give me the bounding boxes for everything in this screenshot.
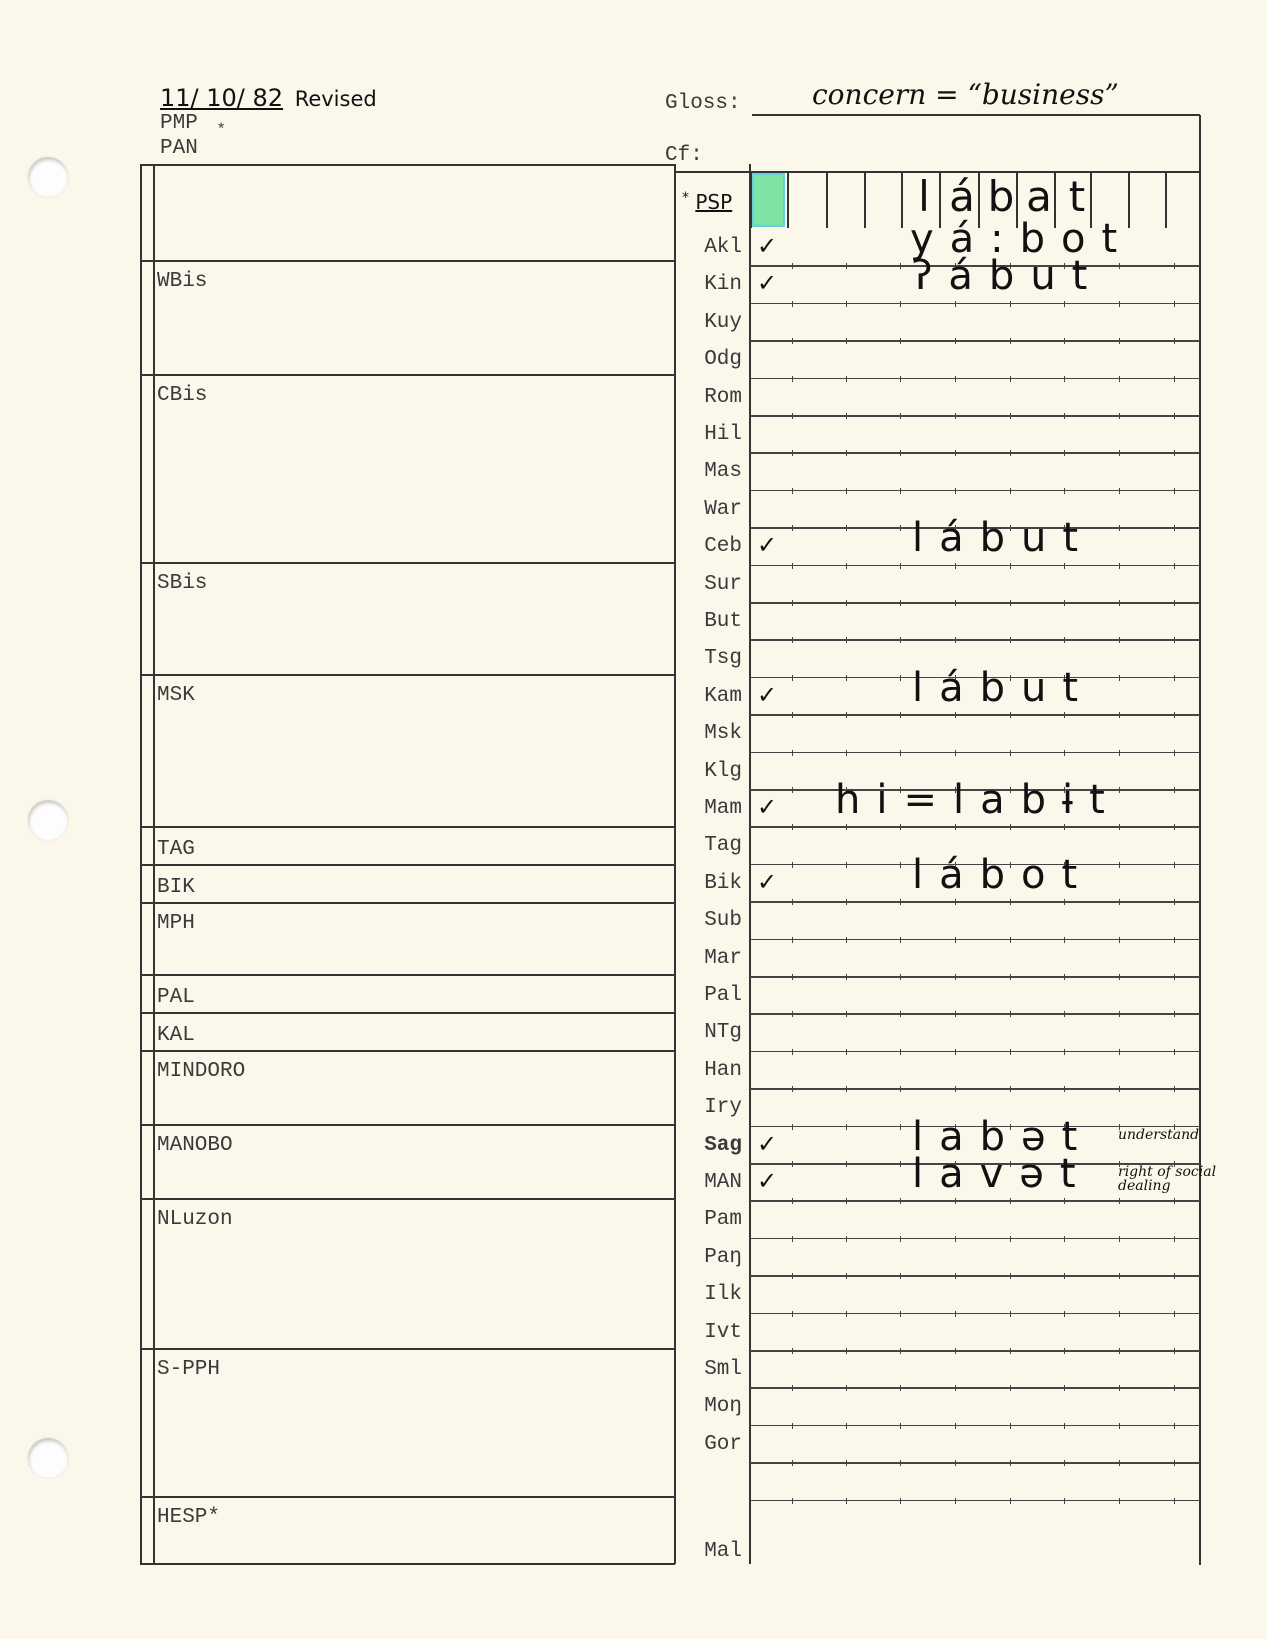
reflex-form[interactable]: lábut: [912, 515, 1094, 561]
language-code: Sub: [676, 909, 742, 932]
group-separator: [140, 826, 675, 828]
row-tick: [1064, 488, 1065, 494]
entry-row-line: [750, 976, 1200, 978]
language-code: Pal: [676, 984, 742, 1007]
group-separator: [140, 562, 675, 564]
row-tick: [955, 1236, 956, 1242]
row-tick: [1119, 1236, 1120, 1242]
row-tick: [955, 1049, 956, 1055]
check-mark-icon: ✓: [757, 269, 777, 297]
psp-form-letter: a: [1024, 172, 1054, 221]
row-tick: [792, 787, 793, 793]
row-tick: [900, 1049, 901, 1055]
group-separator: [140, 674, 675, 676]
row-tick: [900, 525, 901, 531]
row-tick: [792, 525, 793, 531]
row-tick: [792, 488, 793, 494]
entry-row-line: [750, 826, 1200, 828]
row-tick: [792, 899, 793, 905]
row-tick: [1174, 1423, 1175, 1429]
psp-form-letter: á: [947, 172, 977, 221]
row-tick: [1119, 862, 1120, 868]
row-tick: [900, 1423, 901, 1429]
row-tick: [1064, 1460, 1065, 1466]
gloss-note: right of social dealing: [1118, 1165, 1228, 1193]
row-tick: [1119, 525, 1120, 531]
row-tick: [1119, 974, 1120, 980]
psp-cell-divider: [864, 171, 866, 228]
group-label: MINDORO: [157, 1060, 245, 1083]
row-tick: [1010, 600, 1011, 606]
row-tick: [1010, 563, 1011, 569]
check-mark-icon: ✓: [757, 1167, 777, 1195]
row-tick: [1064, 600, 1065, 606]
row-tick: [846, 824, 847, 830]
language-code: Sml: [676, 1358, 742, 1381]
language-code: Mam: [676, 797, 742, 820]
group-separator: [140, 974, 675, 976]
row-tick: [1064, 1011, 1065, 1017]
row-tick: [900, 1198, 901, 1204]
row-tick: [900, 413, 901, 419]
row-tick: [1064, 1311, 1065, 1317]
row-tick: [955, 488, 956, 494]
row-tick: [900, 1385, 901, 1391]
row-tick: [1010, 1273, 1011, 1279]
entry-row-line: [750, 1387, 1200, 1389]
group-separator: [140, 1198, 675, 1200]
row-tick: [792, 338, 793, 344]
language-code: Ilk: [676, 1283, 742, 1306]
row-tick: [792, 1124, 793, 1130]
row-tick: [792, 1273, 793, 1279]
row-tick: [792, 824, 793, 830]
row-tick: [1064, 1423, 1065, 1429]
row-tick: [1010, 1385, 1011, 1391]
row-tick: [1174, 413, 1175, 419]
language-code: Iry: [676, 1096, 742, 1119]
entry-row-line: [750, 1238, 1200, 1240]
row-tick: [1119, 1086, 1120, 1092]
row-tick: [900, 488, 901, 494]
row-tick: [1010, 899, 1011, 905]
row-tick: [1119, 1198, 1120, 1204]
gloss-label: Gloss:: [665, 92, 741, 115]
group-separator: [140, 374, 675, 376]
row-tick: [846, 525, 847, 531]
row-tick: [846, 1049, 847, 1055]
row-tick: [1174, 862, 1175, 868]
row-tick: [1174, 1385, 1175, 1391]
row-tick: [1174, 301, 1175, 307]
row-tick: [792, 937, 793, 943]
row-tick: [1174, 450, 1175, 456]
row-tick: [792, 563, 793, 569]
psp-form-letter: l: [909, 172, 939, 221]
language-code: Rom: [676, 386, 742, 409]
language-code: Ivt: [676, 1321, 742, 1344]
row-tick: [1174, 563, 1175, 569]
row-tick: [900, 862, 901, 868]
group-separator: [140, 864, 675, 866]
row-tick: [846, 1161, 847, 1167]
group-label: PAL: [157, 986, 195, 1009]
binder-hole-bottom: [28, 1438, 68, 1478]
row-tick: [846, 600, 847, 606]
row-tick: [846, 1311, 847, 1317]
row-tick: [900, 1011, 901, 1017]
row-tick: [1174, 1086, 1175, 1092]
gloss-note: understand: [1118, 1128, 1228, 1142]
row-tick: [792, 376, 793, 382]
language-code: MAN: [676, 1171, 742, 1194]
gloss-underline: [752, 114, 1200, 116]
row-tick: [955, 450, 956, 456]
row-tick: [1010, 1086, 1011, 1092]
psp-cell-divider: [1199, 171, 1201, 228]
row-tick: [900, 899, 901, 905]
row-tick: [846, 1086, 847, 1092]
entry-row-line: [750, 452, 1200, 454]
row-tick: [1119, 450, 1120, 456]
row-tick: [1064, 1273, 1065, 1279]
row-tick: [1064, 563, 1065, 569]
psp-form-letter: t: [1062, 172, 1092, 221]
row-tick: [900, 750, 901, 756]
date-field: 11/ 10/ 82 Revised: [160, 84, 377, 112]
group-label: MSK: [157, 684, 195, 707]
language-code: Pam: [676, 1208, 742, 1231]
binder-hole-middle: [28, 800, 68, 840]
row-tick: [900, 1273, 901, 1279]
row-tick: [1064, 1348, 1065, 1354]
row-tick: [792, 675, 793, 681]
row-tick: [1174, 899, 1175, 905]
language-code: Sur: [676, 573, 742, 596]
row-tick: [846, 376, 847, 382]
language-code: War: [676, 498, 742, 521]
row-tick: [792, 1460, 793, 1466]
row-tick: [1119, 937, 1120, 943]
row-tick: [792, 974, 793, 980]
row-tick: [900, 301, 901, 307]
row-tick: [1174, 712, 1175, 718]
language-code: Gor: [676, 1433, 742, 1456]
row-tick: [1174, 488, 1175, 494]
revised-note: Revised: [295, 87, 377, 111]
group-label: TAG: [157, 838, 195, 861]
language-code: Bik: [676, 872, 742, 895]
row-tick: [846, 263, 847, 269]
row-tick: [846, 675, 847, 681]
row-tick: [955, 1011, 956, 1017]
row-tick: [792, 1161, 793, 1167]
language-code: Kam: [676, 685, 742, 708]
row-tick: [1010, 824, 1011, 830]
check-mark-icon: ✓: [757, 1130, 777, 1158]
row-tick: [900, 1311, 901, 1317]
row-tick: [900, 263, 901, 269]
row-tick: [900, 712, 901, 718]
row-tick: [1064, 712, 1065, 718]
entry-row-line: [750, 1500, 1200, 1502]
row-tick: [1010, 637, 1011, 643]
group-separator: [140, 1348, 675, 1350]
row-tick: [1064, 1086, 1065, 1092]
row-tick: [955, 1385, 956, 1391]
row-tick: [792, 1423, 793, 1429]
row-tick: [900, 450, 901, 456]
row-tick: [1064, 376, 1065, 382]
entry-row-line: [750, 714, 1200, 716]
row-tick: [1010, 1236, 1011, 1242]
row-tick: [900, 1460, 901, 1466]
row-tick: [1174, 1311, 1175, 1317]
row-tick: [955, 1198, 956, 1204]
row-tick: [1010, 712, 1011, 718]
row-tick: [846, 637, 847, 643]
row-tick: [846, 301, 847, 307]
row-tick: [846, 1198, 847, 1204]
gloss-value[interactable]: concern = “business”: [812, 78, 1119, 111]
row-tick: [1010, 301, 1011, 307]
row-tick: [1010, 1460, 1011, 1466]
row-tick: [1174, 525, 1175, 531]
row-tick: [955, 563, 956, 569]
row-tick: [1119, 376, 1120, 382]
language-code: Mar: [676, 947, 742, 970]
row-tick: [955, 824, 956, 830]
entry-row-line: [750, 303, 1200, 305]
row-tick: [1174, 750, 1175, 756]
pan-label: PAN: [160, 137, 198, 160]
row-tick: [792, 1049, 793, 1055]
row-tick: [792, 1498, 793, 1504]
reflex-form[interactable]: ʔábut: [912, 253, 1103, 299]
pmp-label: PMP *: [160, 112, 226, 135]
row-tick: [792, 1086, 793, 1092]
group-separator: [140, 1012, 675, 1014]
group-label: HESP*: [157, 1506, 220, 1529]
row-tick: [1064, 974, 1065, 980]
entry-row-line: [750, 340, 1200, 342]
entry-row-line: [750, 1013, 1200, 1015]
row-tick: [1064, 1236, 1065, 1242]
row-tick: [900, 376, 901, 382]
psp-cell-divider: [901, 171, 903, 228]
row-tick: [1119, 712, 1120, 718]
row-tick: [1174, 376, 1175, 382]
row-tick: [955, 376, 956, 382]
group-label: NLuzon: [157, 1208, 233, 1231]
group-label: BIK: [157, 876, 195, 899]
row-tick: [846, 1011, 847, 1017]
row-tick: [1174, 787, 1175, 793]
row-tick: [1064, 750, 1065, 756]
binder-hole-top: [28, 157, 68, 197]
row-tick: [792, 1198, 793, 1204]
entry-row-line: [750, 565, 1200, 567]
row-tick: [846, 450, 847, 456]
row-tick: [792, 600, 793, 606]
row-tick: [846, 1236, 847, 1242]
entry-row-line: [750, 1088, 1200, 1090]
entry-row-line: [750, 752, 1200, 754]
group-separator: [140, 1124, 675, 1126]
entry-row-line: [750, 1350, 1200, 1352]
row-tick: [900, 824, 901, 830]
left-table-bottom: [140, 1563, 675, 1565]
row-tick: [1064, 824, 1065, 830]
reflex-form[interactable]: hi=labɨt: [835, 777, 1121, 823]
row-tick: [792, 750, 793, 756]
row-tick: [846, 899, 847, 905]
row-tick: [955, 750, 956, 756]
entry-row-line: [750, 1313, 1200, 1315]
row-tick: [1119, 301, 1120, 307]
entry-row-line: [750, 1275, 1200, 1277]
row-tick: [1119, 263, 1120, 269]
row-tick: [846, 1273, 847, 1279]
row-tick: [1174, 338, 1175, 344]
group-separator: [140, 1050, 675, 1052]
row-tick: [1119, 413, 1120, 419]
row-tick: [1010, 1348, 1011, 1354]
row-tick: [1119, 563, 1120, 569]
row-tick: [955, 637, 956, 643]
row-tick: [792, 637, 793, 643]
row-tick: [846, 974, 847, 980]
language-code: Paŋ: [676, 1246, 742, 1269]
row-tick: [955, 301, 956, 307]
row-tick: [846, 1124, 847, 1130]
row-tick: [1064, 1385, 1065, 1391]
row-tick: [792, 1236, 793, 1242]
language-code: Tag: [676, 834, 742, 857]
row-tick: [900, 1498, 901, 1504]
row-tick: [955, 1498, 956, 1504]
check-mark-icon: ✓: [757, 793, 777, 821]
row-tick: [1010, 450, 1011, 456]
group-separator: [140, 260, 675, 262]
row-tick: [1010, 1198, 1011, 1204]
psp-cell-divider: [826, 171, 828, 228]
check-mark-icon: ✓: [757, 531, 777, 559]
row-tick: [900, 1124, 901, 1130]
row-tick: [900, 338, 901, 344]
group-label: CBis: [157, 384, 207, 407]
row-tick: [792, 1385, 793, 1391]
row-tick: [792, 1311, 793, 1317]
right-table-right: [1199, 115, 1201, 1565]
row-tick: [1119, 750, 1120, 756]
row-tick: [1010, 1498, 1011, 1504]
row-tick: [1119, 600, 1120, 606]
reflex-form[interactable]: lavət: [912, 1151, 1092, 1197]
row-tick: [1064, 899, 1065, 905]
psp-cell-divider: [1165, 171, 1167, 228]
row-tick: [1119, 1460, 1120, 1466]
row-tick: [1010, 974, 1011, 980]
row-tick: [1119, 1498, 1120, 1504]
group-label: SBis: [157, 572, 207, 595]
entry-row-line: [750, 602, 1200, 604]
row-tick: [900, 974, 901, 980]
row-tick: [846, 1498, 847, 1504]
language-code: Msk: [676, 722, 742, 745]
row-tick: [1064, 301, 1065, 307]
row-tick: [1064, 937, 1065, 943]
entry-row-line: [750, 1462, 1200, 1464]
row-tick: [955, 413, 956, 419]
row-tick: [1010, 376, 1011, 382]
language-code: But: [676, 610, 742, 633]
row-tick: [1119, 675, 1120, 681]
row-tick: [792, 450, 793, 456]
row-tick: [1010, 413, 1011, 419]
row-tick: [1174, 1198, 1175, 1204]
row-tick: [900, 1086, 901, 1092]
row-tick: [1119, 1273, 1120, 1279]
row-tick: [1010, 750, 1011, 756]
language-code: Moŋ: [676, 1395, 742, 1418]
row-tick: [1119, 824, 1120, 830]
entry-row-line: [750, 1425, 1200, 1427]
group-label: MANOBO: [157, 1134, 233, 1157]
language-code: Hil: [676, 423, 742, 446]
language-code: Mal: [676, 1540, 742, 1563]
row-tick: [1174, 1049, 1175, 1055]
row-tick: [1010, 338, 1011, 344]
row-tick: [1119, 1049, 1120, 1055]
row-tick: [846, 750, 847, 756]
entry-row-line: [750, 415, 1200, 417]
row-tick: [955, 600, 956, 606]
language-code: NTg: [676, 1021, 742, 1044]
row-tick: [1119, 1385, 1120, 1391]
row-tick: [1064, 450, 1065, 456]
entry-row-line: [750, 901, 1200, 903]
row-tick: [1119, 1011, 1120, 1017]
check-mark-icon: ✓: [757, 681, 777, 709]
entry-row-line: [750, 639, 1200, 641]
language-code: Han: [676, 1059, 742, 1082]
row-tick: [846, 338, 847, 344]
reflex-form[interactable]: lábot: [912, 852, 1093, 898]
language-code: Akl: [676, 236, 742, 259]
row-tick: [1010, 1011, 1011, 1017]
row-tick: [792, 1348, 793, 1354]
language-code: Sag: [676, 1134, 742, 1157]
row-tick: [1010, 488, 1011, 494]
row-tick: [1174, 675, 1175, 681]
row-tick: [900, 637, 901, 643]
row-tick: [900, 675, 901, 681]
language-code: Odg: [676, 348, 742, 371]
row-tick: [955, 1086, 956, 1092]
row-tick: [1174, 1460, 1175, 1466]
reflex-form[interactable]: lábut: [912, 665, 1094, 711]
row-tick: [792, 1011, 793, 1017]
psp-cell-divider: [787, 171, 789, 228]
row-tick: [1064, 1198, 1065, 1204]
row-tick: [955, 899, 956, 905]
row-tick: [792, 301, 793, 307]
left-table-top: [140, 164, 675, 166]
entry-row-line: [750, 490, 1200, 492]
psp-label: * PSP: [682, 190, 732, 214]
row-tick: [900, 1161, 901, 1167]
